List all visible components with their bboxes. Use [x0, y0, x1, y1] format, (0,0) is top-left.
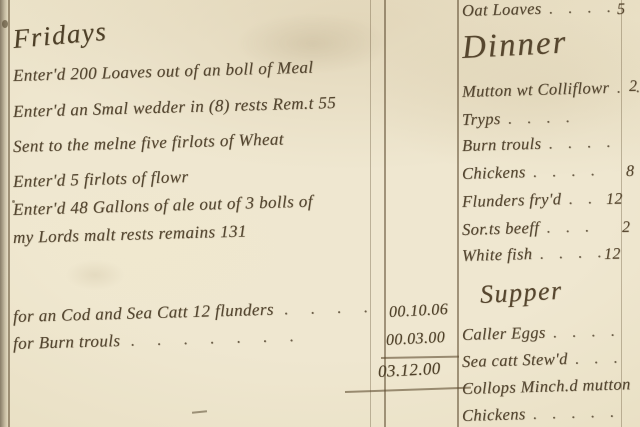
purchase-label: for Burn trouls — [13, 331, 121, 353]
menu-row: Burn trouls. . . . — [462, 132, 612, 156]
menu-item-amount: 12 — [606, 191, 623, 209]
menu-row: Flunders fry'd. . — [462, 188, 593, 212]
leader-dots: . . . . . . . — [130, 326, 295, 350]
ink-speck — [12, 200, 15, 203]
leader-dots: . . . . — [532, 160, 595, 181]
amount-pounds-shillings-pence: 00.10.06 — [389, 301, 449, 322]
left-margin-rule — [8, 0, 10, 427]
edge-ink-mark — [2, 20, 8, 28]
menu-item-amount: 12 — [604, 246, 621, 264]
menu-item-amount: 5 — [617, 1, 626, 19]
purchase-label: for an Cod and Sea Catt 12 flunders — [13, 300, 274, 326]
leader-dots: . . . . — [539, 242, 602, 263]
ledger-entry: Enter'd 5 firlots of flowr — [13, 167, 189, 192]
menu-item-label: White fish — [462, 244, 533, 265]
menu-item-label: Mutton wt Colliflowr — [462, 78, 610, 101]
leader-dots: . . . . — [552, 321, 615, 342]
menu-row: Caller Eggs. . . . — [462, 321, 616, 345]
day-heading: Fridays — [12, 16, 109, 55]
money-column-outer-rule — [370, 0, 371, 427]
menu-item-label: Chickens — [462, 162, 526, 183]
menu-row: White fish. . . . — [462, 242, 603, 266]
total-rule-bottom — [345, 387, 471, 393]
total-rule-top — [381, 356, 459, 359]
amount-pounds-shillings-pence: 00.03.00 — [386, 329, 446, 350]
ledger-entry: my Lords malt rests remains 131 — [13, 221, 247, 248]
purchase-row: for an Cod and Sea Catt 12 flunders. . .… — [13, 297, 369, 327]
leader-dots: . . . . — [284, 297, 369, 318]
menu-row: Collops Minch.d mutton — [462, 374, 638, 399]
right-column-rule — [457, 0, 459, 427]
menu-item-label: Tryps — [462, 109, 501, 129]
menu-item-label: Collops Minch.d mutton — [462, 374, 631, 398]
menu-row: Chickens. . . . . — [462, 402, 615, 426]
menu-item-label: Caller Eggs — [462, 323, 546, 344]
ledger-entry: Enter'd an Smal wedder in (8) rests Rem.… — [13, 93, 337, 122]
leader-dots: . . . — [546, 216, 590, 236]
leader-dots: . . . . — [507, 107, 570, 128]
dinner-heading: Dinner — [461, 25, 568, 67]
ledger-entry: Enter'd 200 Loaves out of an boll of Mea… — [13, 58, 314, 86]
leader-dots: . . . . . — [532, 402, 615, 423]
menu-row: Sea catt Stew'd. . . — [462, 348, 619, 372]
menu-row: Tryps. . . . — [462, 107, 571, 130]
leader-dots: . . . . — [548, 0, 611, 18]
purchase-row: for Burn trouls. . . . . . . — [13, 326, 295, 354]
menu-item-label: Burn trouls — [462, 134, 542, 155]
menu-row: Chickens. . . . — [462, 160, 596, 184]
menu-row: Sor.ts beeff. . . — [462, 216, 590, 240]
stray-ink-dash — [192, 410, 207, 414]
leader-dots — [637, 374, 638, 393]
menu-item-label: Flunders fry'd — [462, 189, 562, 211]
menu-row: Mutton wt Colliflowr. . — [462, 77, 640, 102]
menu-item-amount: 2 — [629, 78, 638, 96]
leader-dots: . . — [568, 188, 593, 208]
ledger-entry: Sent to the melne five firlots of Wheat — [13, 129, 284, 157]
paper-stain — [60, 255, 130, 295]
leader-dots: . . . — [574, 348, 618, 368]
menu-item-label: Chickens — [462, 404, 526, 425]
menu-item-label: Sea catt Stew'd — [462, 349, 568, 371]
menu-item-label: Oat Loaves — [462, 0, 542, 20]
far-right-rule — [621, 0, 622, 427]
leader-dots: . . . . — [548, 132, 611, 153]
manuscript-ledger-page: Fridays Enter'd 200 Loaves out of an bol… — [0, 0, 640, 427]
menu-item-amount: 8 — [626, 163, 635, 181]
ledger-entry: Enter'd 48 Gallons of ale out of 3 bolls… — [13, 192, 313, 220]
menu-row: Oat Loaves. . . . — [462, 0, 612, 21]
total-amount: 03.12.00 — [377, 359, 441, 382]
supper-heading: Supper — [479, 276, 563, 310]
menu-item-amount: 2 — [622, 219, 631, 237]
menu-item-label: Sor.ts beeff — [462, 218, 540, 239]
